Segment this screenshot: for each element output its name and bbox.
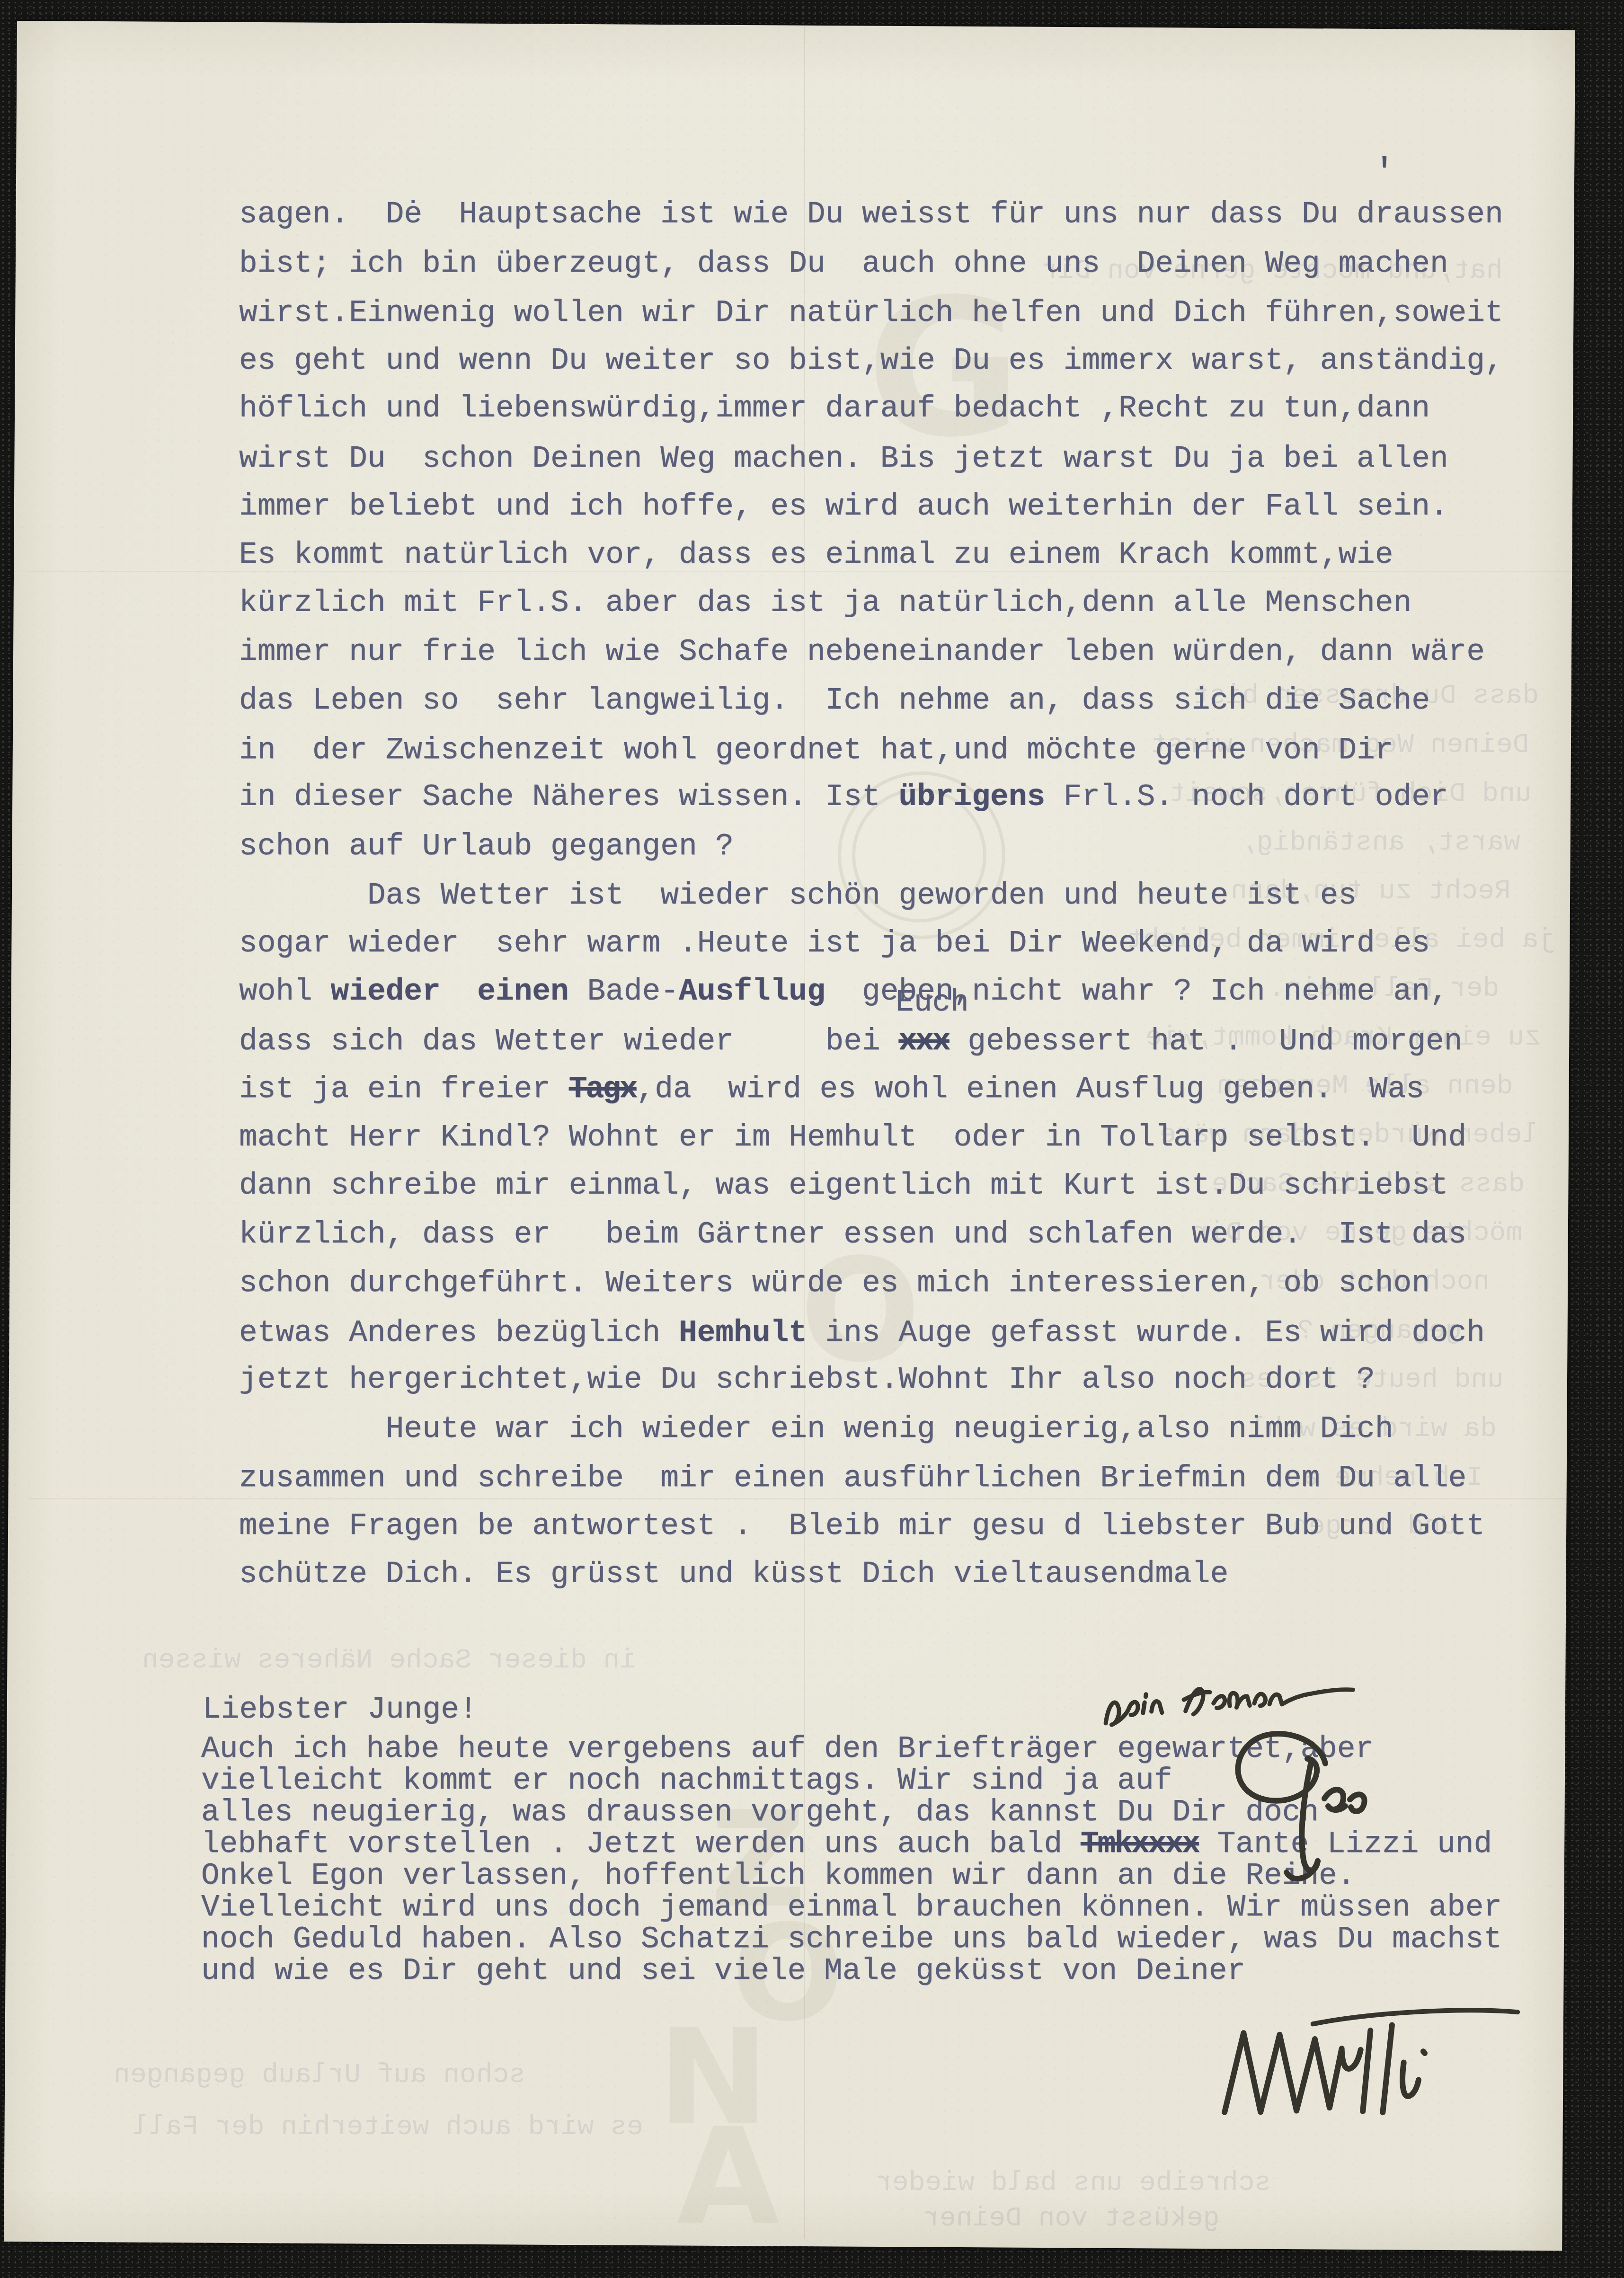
bleed-through-mirrored-line: schreibe uns bald wieder [876, 2168, 1271, 2198]
typed-overstrike-word: wieder [331, 974, 441, 1009]
typed-overstrike-word: Ausfllug [679, 974, 825, 1009]
typed-overstrike-word: übrigens [898, 780, 1045, 815]
typed-line: das Leben so sehr langweilig. Ich nehme … [239, 677, 1503, 726]
typed-line: immer beliebt und ich hoffe, es wird auc… [239, 483, 1503, 532]
bleed-through-mirrored-line: es wird auch weiterhin der Fall [133, 2112, 643, 2143]
typed-line: und wie es Dir geht und sei viele Male g… [201, 1955, 1502, 1987]
typed-segment: ist ja ein freier [239, 1072, 569, 1107]
typed-line: in dieser Sache Näheres wissen. Ist übri… [239, 773, 1503, 822]
typed-line: wirst Du schon Deinen Weg machen. Bis je… [239, 435, 1503, 484]
typed-overstrike-word: xxx [898, 1024, 949, 1059]
typed-line: kürzlich mit Frl.S. aber das ist ja natü… [239, 579, 1503, 628]
typed-line: höflich und liebenswürdig,immer darauf b… [239, 385, 1503, 434]
typed-line: schütze Dich. Es grüsst und küsst Dich v… [239, 1550, 1503, 1599]
typed-line: kürzlich, dass er beim Gärtner essen und… [239, 1211, 1503, 1259]
typed-line: macht Herr Kindl? Wohnt er im Hemhult od… [239, 1114, 1503, 1162]
bleed-through-mirrored-line: geküsst von Deiner [923, 2203, 1220, 2234]
typed-overstrike-word: einen [477, 974, 569, 1009]
typed-line: dann schreibe mir einmal, was eigentlich… [239, 1161, 1503, 1210]
typed-segment: etwas Anderes bezüglich [239, 1316, 679, 1350]
typed-line: Das Wetter ist wieder schön geworden und… [239, 872, 1503, 921]
bleed-through-mirrored-line: schon auf Urlaub gegangen [114, 2060, 525, 2091]
typed-segment: lebhaft vorstellen . Jetzt werden uns au… [201, 1827, 1081, 1861]
typed-overstrike-word: Tagx [569, 1072, 637, 1107]
typed-line: immer nur frie lich wie Schafe nebeneina… [239, 628, 1503, 677]
typed-letter-body: sagen. Dė Hauptsache ist wie Du weisst f… [239, 191, 1503, 1599]
typed-line: sagen. Dė Hauptsache ist wie Du weisst f… [239, 191, 1503, 239]
typed-line: etwas Anderes bezüglich Hemhult ins Auge… [239, 1309, 1503, 1358]
typed-line: Vielleicht wird uns doch jemand einmal b… [201, 1892, 1502, 1923]
typed-segment: ins Auge gefasst wurde. Es wird doch [807, 1316, 1485, 1350]
typed-overstrike-word: Hemhult [679, 1316, 807, 1350]
typed-line: wirst.Einwenig wollen wir Dir natürlich … [239, 289, 1503, 338]
typed-segment: gebessert hat . Und morgen [950, 1024, 1463, 1059]
typed-line: wohl wieder einen Bade-Ausfllug geben,ni… [239, 967, 1503, 1016]
bleed-through-stamp-letter: A [677, 2111, 780, 2243]
typed-segment: dass sich das Wetter wieder bei [239, 1024, 898, 1059]
typed-segment: ,da wird es wohl einen Ausflug geben. Wa… [637, 1072, 1424, 1107]
typed-line: dass sich das Wetter wieder bei xxx gebe… [239, 1018, 1503, 1066]
bleed-through-mirrored-line: in dieser Sache Näheres wissen [142, 1645, 636, 1676]
typed-line: Heute war ich wieder ein wenig neugierig… [239, 1405, 1503, 1454]
typed-line: ist ja ein freier Tagx,da wird es wohl e… [239, 1065, 1503, 1114]
typed-line: es geht und wenn Du weiter so bist,wie D… [239, 337, 1503, 386]
typed-line: in der Zwischenzeit wohl geordnet hat,un… [239, 727, 1503, 775]
salutation: Liebster Junge! [203, 1693, 478, 1727]
typed-line: meine Fragen be antwortest . Bleib mir g… [239, 1502, 1503, 1551]
typed-segment [441, 974, 477, 1009]
handwritten-signature-papa [1212, 1722, 1382, 1883]
typed-line: Es kommt natürlich vor, dass es einmal z… [239, 531, 1503, 580]
typed-line: noch Geduld haben. Also Schatzi schreibe… [201, 1923, 1502, 1955]
typed-segment: Frl.S. noch dort oder [1045, 780, 1448, 815]
typed-line: sogar wieder sehr warm .Heute ist ja bei… [239, 920, 1503, 968]
typed-segment: wohl [239, 974, 331, 1009]
typed-correction-insertion: Euch [896, 985, 969, 1020]
typed-line: schon durchgeführt. Weiters würde es mic… [239, 1259, 1503, 1308]
stray-ink-mark: ' [1374, 152, 1395, 193]
scanned-letter-page: { "colors":{ "background":"#161615", "pa… [0, 0, 1624, 2278]
typed-line: bist; ich bin überzeugt, dass Du auch oh… [239, 240, 1503, 289]
typed-line: zusammen und schreibe mir einen ausführl… [239, 1454, 1503, 1503]
typed-overstrike-word: Tmkxxxx [1081, 1827, 1199, 1861]
typed-segment: in dieser Sache Näheres wissen. Ist [239, 780, 898, 815]
handwritten-signature-mutti [1216, 2003, 1527, 2132]
typed-line: schon auf Urlaub gegangen ? [239, 823, 1503, 871]
typed-segment: Bade- [569, 974, 679, 1009]
typed-line: jetzt hergerichtet,wie Du schriebst.Wohn… [239, 1356, 1503, 1405]
